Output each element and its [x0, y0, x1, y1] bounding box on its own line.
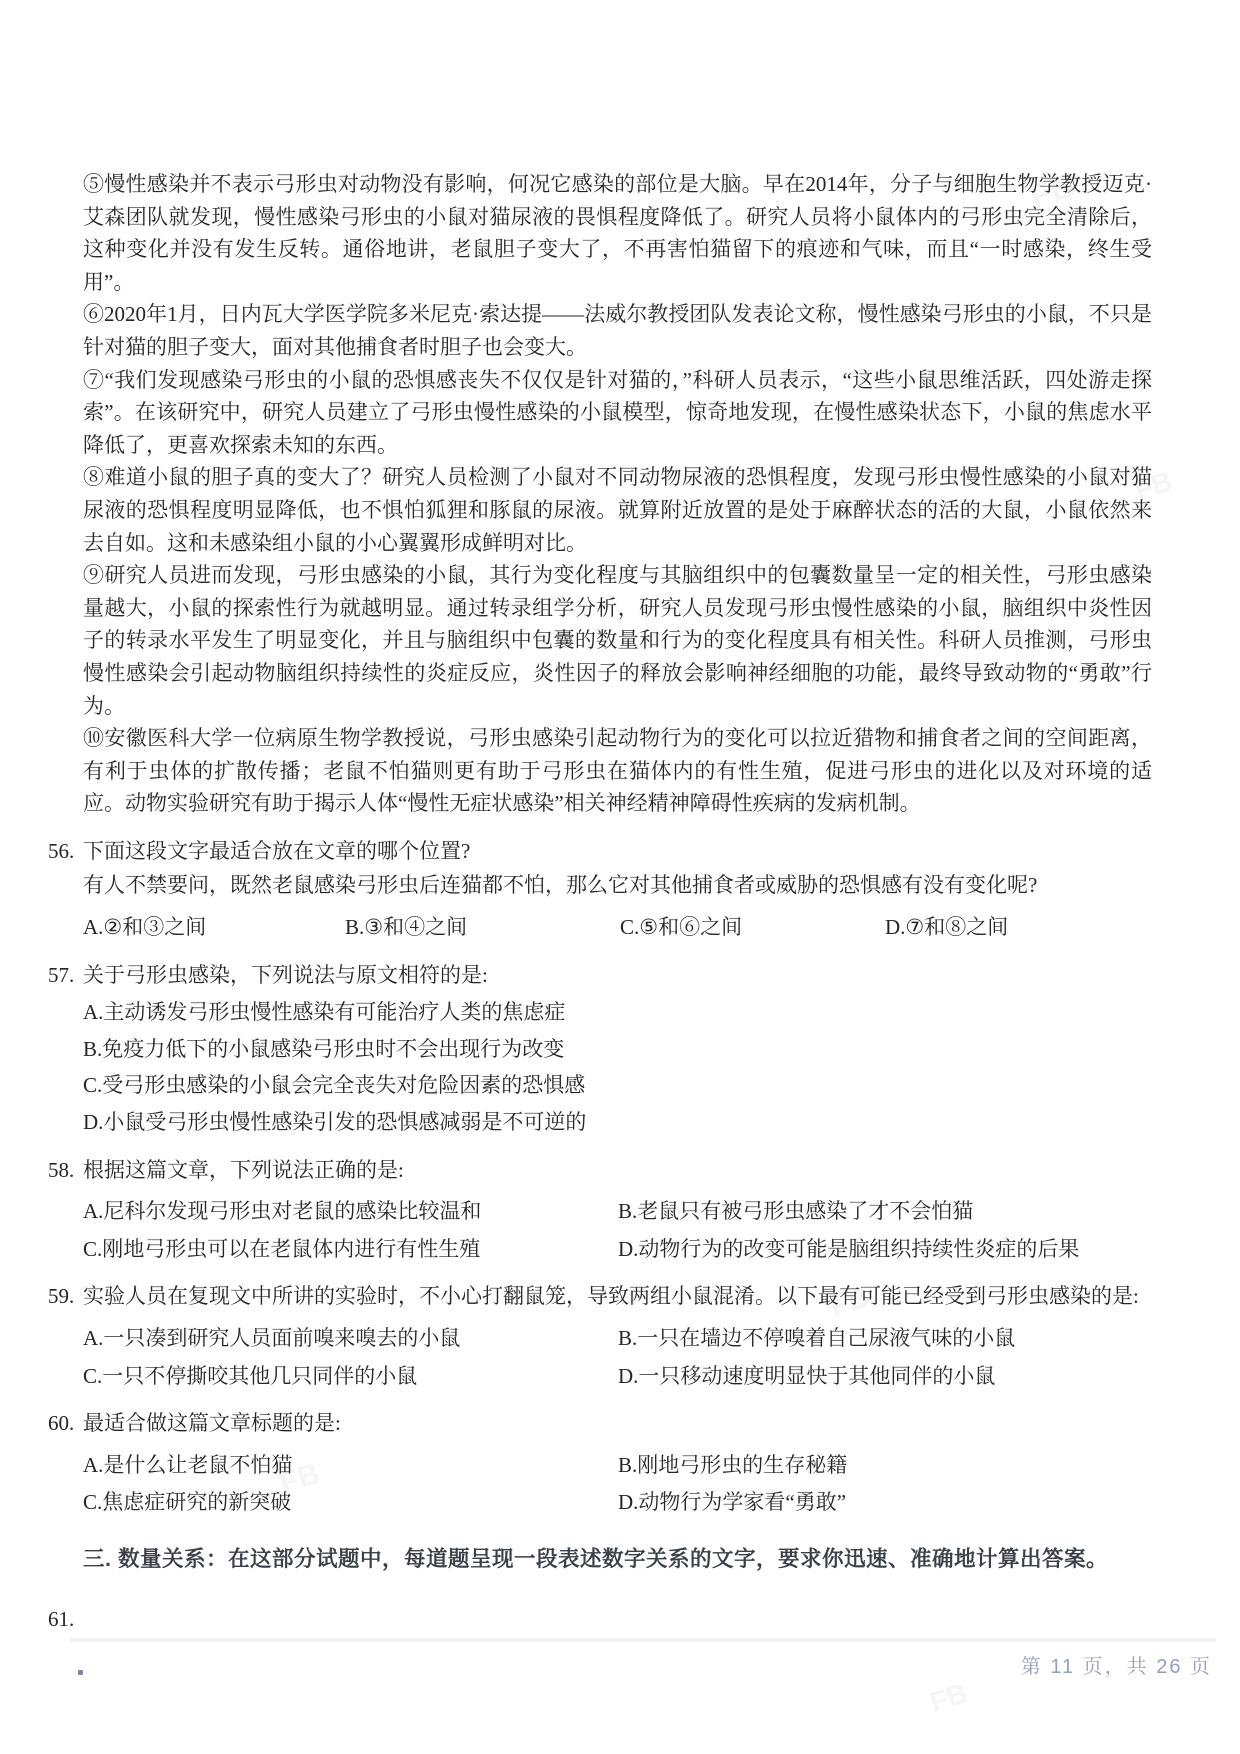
options-row: A.②和③之间 B.③和④之间 C.⑤和⑥之间 D.⑦和⑧之间 — [83, 911, 1152, 944]
option-a: A.是什么让老鼠不怕猫 — [83, 1449, 618, 1482]
option-c: C.一只不停撕咬其他几只同伴的小鼠 — [83, 1360, 618, 1393]
question-60: 60. 最适合做这篇文章标题的是: A.是什么让老鼠不怕猫 B.刚地弓形虫的生存… — [83, 1407, 1152, 1519]
footer-page-info: 第 11 页，共 26 页 — [1021, 1650, 1212, 1679]
options-grid: A.一只凑到研究人员面前嗅来嗅去的小鼠 B.一只在墙边不停嗅着自己尿液气味的小鼠… — [83, 1322, 1152, 1392]
option-b: B.老鼠只有被弓形虫感染了才不会怕猫 — [618, 1195, 1152, 1228]
question-stem: 实验人员在复现文中所讲的实验时，不小心打翻鼠笼，导致两组小鼠混淆。以下最有可能已… — [83, 1280, 1152, 1313]
option-d: D.⑦和⑧之间 — [885, 911, 1152, 944]
option-b: B.免疫力低下的小鼠感染弓形虫时不会出现行为改变 — [83, 1033, 1152, 1066]
article-paragraph-9: ⑨研究人员进而发现，弓形虫感染的小鼠，其行为变化程度与其脑组织中的包囊数量呈一定… — [83, 559, 1152, 722]
option-d: D.动物行为的改变可能是脑组织持续性炎症的后果 — [618, 1233, 1152, 1266]
option-d: D.动物行为学家看“勇敢” — [618, 1486, 1152, 1519]
option-b: B.一只在墙边不停嗅着自己尿液气味的小鼠 — [618, 1322, 1152, 1355]
footer-divider — [70, 1638, 1216, 1642]
question-56: 56. 下面这段文字最适合放在文章的哪个位置? 有人不禁要问，既然老鼠感染弓形虫… — [83, 835, 1152, 944]
option-b: B.刚地弓形虫的生存秘籍 — [618, 1449, 1152, 1482]
question-59: 59. 实验人员在复现文中所讲的实验时，不小心打翻鼠笼，导致两组小鼠混淆。以下最… — [83, 1280, 1152, 1392]
option-a: A.②和③之间 — [83, 911, 345, 944]
question-number: 59. — [48, 1280, 83, 1313]
option-d: D.小鼠受弓形虫慢性感染引发的恐惧感减弱是不可逆的 — [83, 1106, 1152, 1139]
options-grid: A.尼科尔发现弓形虫对老鼠的感染比较温和 B.老鼠只有被弓形虫感染了才不会怕猫 … — [83, 1195, 1152, 1265]
option-c: C.受弓形虫感染的小鼠会完全丧失对危险因素的恐惧感 — [83, 1069, 1152, 1102]
question-stem: 根据这篇文章，下列说法正确的是: — [83, 1154, 1152, 1187]
footer-bullet — [78, 1670, 83, 1675]
option-d: D.一只移动速度明显快于其他同伴的小鼠 — [618, 1360, 1152, 1393]
article-paragraph-10: ⑩安徽医科大学一位病原生物学教授说，弓形虫感染引起动物行为的变化可以拉近猎物和捕… — [83, 722, 1152, 820]
article-paragraph-5: ⑤慢性感染并不表示弓形虫对动物没有影响，何况它感染的部位是大脑。早在2014年，… — [83, 168, 1152, 298]
question-number: 56. — [48, 835, 83, 868]
question-stem: 下面这段文字最适合放在文章的哪个位置? — [83, 835, 1152, 868]
question-number: 57. — [48, 959, 83, 992]
option-a: A.主动诱发弓形虫慢性感染有可能治疗人类的焦虑症 — [83, 996, 1152, 1029]
options-grid: A.是什么让老鼠不怕猫 B.刚地弓形虫的生存秘籍 C.焦虑症研究的新突破 D.动… — [83, 1449, 1152, 1519]
option-c: C.刚地弓形虫可以在老鼠体内进行有性生殖 — [83, 1233, 618, 1266]
option-b: B.③和④之间 — [345, 911, 620, 944]
option-a: A.尼科尔发现弓形虫对老鼠的感染比较温和 — [83, 1195, 618, 1228]
options-list: A.主动诱发弓形虫慢性感染有可能治疗人类的焦虑症 B.免疫力低下的小鼠感染弓形虫… — [83, 996, 1152, 1138]
question-58: 58. 根据这篇文章，下列说法正确的是: A.尼科尔发现弓形虫对老鼠的感染比较温… — [83, 1154, 1152, 1266]
section-header-quantitative: 三. 数量关系：在这部分试题中，每道题呈现一段表述数字关系的文字，要求你迅速、准… — [83, 1543, 1152, 1575]
question-61-number: 61. — [48, 1607, 1152, 1632]
question-number: 58. — [48, 1154, 83, 1187]
question-passage: 有人不禁要问，既然老鼠感染弓形虫后连猫都不怕，那么它对其他捕食者或威胁的恐惧感有… — [83, 869, 1152, 902]
question-stem: 最适合做这篇文章标题的是: — [83, 1407, 1152, 1440]
option-a: A.一只凑到研究人员面前嗅来嗅去的小鼠 — [83, 1322, 618, 1355]
article-paragraph-7: ⑦“我们发现感染弓形虫的小鼠的恐惧感丧失不仅仅是针对猫的，”科研人员表示，“这些… — [83, 364, 1152, 462]
option-c: C.⑤和⑥之间 — [620, 911, 885, 944]
watermark: FB — [926, 1677, 971, 1719]
question-number: 60. — [48, 1407, 83, 1440]
page-content: ⑤慢性感染并不表示弓形虫对动物没有影响，何况它感染的部位是大脑。早在2014年，… — [83, 168, 1152, 1632]
exam-document-page: FB FB FB FB FB ⑤慢性感染并不表示弓形虫对动物没有影响，何况它感染… — [0, 0, 1240, 1754]
article-paragraph-8: ⑧难道小鼠的胆子真的变大了？研究人员检测了小鼠对不同动物尿液的恐惧程度，发现弓形… — [83, 461, 1152, 559]
question-stem: 关于弓形虫感染，下列说法与原文相符的是: — [83, 959, 1152, 992]
article-paragraph-6: ⑥2020年1月，日内瓦大学医学院多米尼克·索达提——法威尔教授团队发表论文称，… — [83, 298, 1152, 363]
question-57: 57. 关于弓形虫感染，下列说法与原文相符的是: A.主动诱发弓形虫慢性感染有可… — [83, 959, 1152, 1139]
option-c: C.焦虑症研究的新突破 — [83, 1486, 618, 1519]
